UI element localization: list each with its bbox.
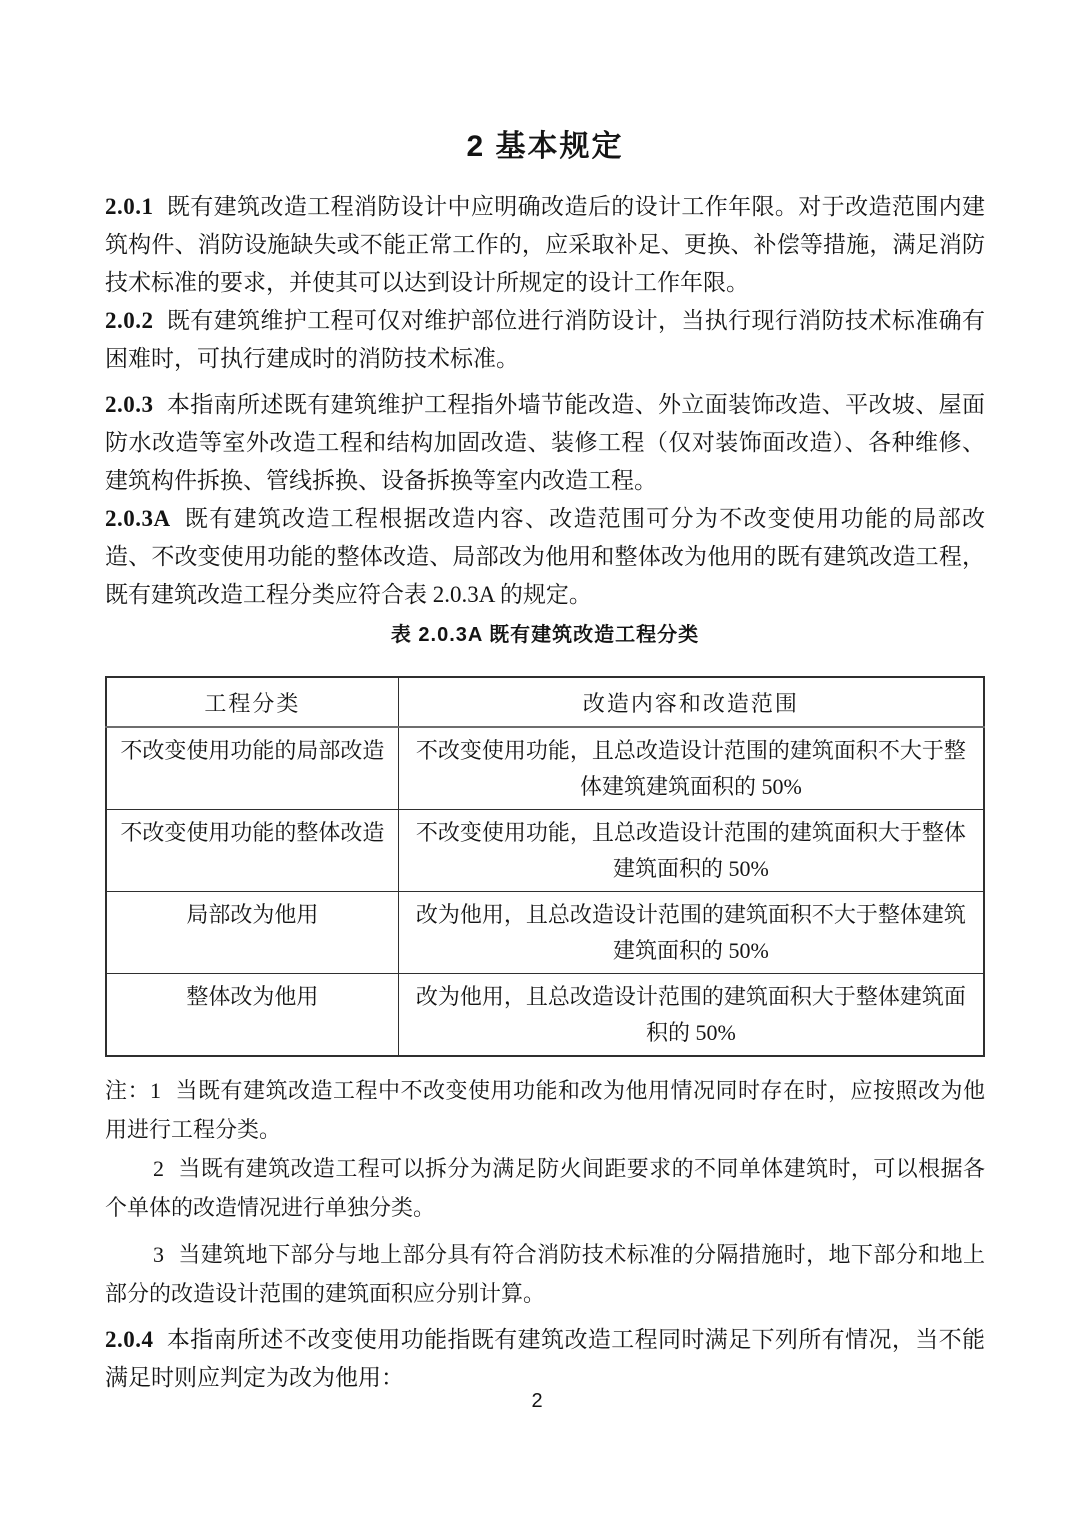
paragraph-text: 既有建筑维护工程可仅对维护部位进行消防设计，当执行现行消防技术标准确有困难时，可… [105, 308, 985, 371]
note-text: 当建筑地下部分与地上部分具有符合消防技术标准的分隔措施时，地下部分和地上部分的改… [105, 1242, 985, 1306]
table-cell-category: 局部改为他用 [106, 892, 398, 974]
table-note-2: 2当既有建筑改造工程可以拆分为满足防火间距要求的不同单体建筑时，可以根据各个单体… [105, 1149, 985, 1227]
paragraph-text: 既有建筑改造工程消防设计中应明确改造后的设计工作年限。对于改造范围内建筑构件、消… [105, 194, 985, 295]
table-row: 整体改为他用 改为他用，且总改造设计范围的建筑面积大于整体建筑面积的 50% [106, 974, 984, 1057]
paragraph-text: 既有建筑改造工程根据改造内容、改造范围可分为不改变使用功能的局部改造、不改变使用… [105, 506, 985, 607]
note-text: 当既有建筑改造工程可以拆分为满足防火间距要求的不同单体建筑时，可以根据各个单体的… [105, 1156, 985, 1220]
table-row: 不改变使用功能的整体改造 不改变使用功能，且总改造设计范围的建筑面积大于整体建筑… [106, 810, 984, 892]
table-row: 不改变使用功能的局部改造 不改变使用功能，且总改造设计范围的建筑面积不大于整体建… [106, 727, 984, 810]
page-number: 2 [0, 1388, 1074, 1414]
paragraph-number: 2.0.1 [105, 194, 154, 219]
note-number: 注：1 [105, 1078, 161, 1103]
paragraph-number: 2.0.3A [105, 506, 171, 531]
paragraph-text: 本指南所述既有建筑维护工程指外墙节能改造、外立面装饰改造、平改坡、屋面防水改造等… [105, 392, 985, 493]
table-note-1: 注：1当既有建筑改造工程中不改变使用功能和改为他用情况同时存在时，应按照改为他用… [105, 1071, 985, 1149]
table-header-scope: 改造内容和改造范围 [398, 677, 984, 727]
table-header-row: 工程分类 改造内容和改造范围 [106, 677, 984, 727]
table-note-3: 3当建筑地下部分与地上部分具有符合消防技术标准的分隔措施时，地下部分和地上部分的… [105, 1235, 985, 1313]
paragraph-number: 2.0.3 [105, 392, 154, 417]
table-cell-scope: 不改变使用功能，且总改造设计范围的建筑面积大于整体建筑面积的 50% [398, 810, 984, 892]
table-cell-scope: 改为他用，且总改造设计范围的建筑面积大于整体建筑面积的 50% [398, 974, 984, 1057]
paragraph-text: 本指南所述不改变使用功能指既有建筑改造工程同时满足下列所有情况，当不能满足时则应… [105, 1327, 985, 1390]
note-number: 3 [153, 1242, 164, 1267]
table-row: 局部改为他用 改为他用，且总改造设计范围的建筑面积不大于整体建筑建筑面积的 50… [106, 892, 984, 974]
page-title: 2 基本规定 [105, 128, 985, 166]
paragraph-number: 2.0.2 [105, 308, 154, 333]
note-number: 2 [153, 1156, 164, 1181]
note-text: 当既有建筑改造工程中不改变使用功能和改为他用情况同时存在时，应按照改为他用进行工… [105, 1078, 985, 1142]
table-cell-category: 整体改为他用 [106, 974, 398, 1057]
table-cell-category: 不改变使用功能的局部改造 [106, 727, 398, 810]
paragraph-2-0-3: 2.0.3本指南所述既有建筑维护工程指外墙节能改造、外立面装饰改造、平改坡、屋面… [105, 386, 985, 500]
paragraph-2-0-1: 2.0.1既有建筑改造工程消防设计中应明确改造后的设计工作年限。对于改造范围内建… [105, 188, 985, 302]
table-cell-scope: 不改变使用功能，且总改造设计范围的建筑面积不大于整体建筑建筑面积的 50% [398, 727, 984, 810]
document-page: 2 基本规定 2.0.1既有建筑改造工程消防设计中应明确改造后的设计工作年限。对… [0, 0, 1074, 1517]
table-caption: 表 2.0.3A 既有建筑改造工程分类 [105, 620, 985, 650]
paragraph-2-0-4: 2.0.4本指南所述不改变使用功能指既有建筑改造工程同时满足下列所有情况，当不能… [105, 1321, 985, 1397]
table-cell-scope: 改为他用，且总改造设计范围的建筑面积不大于整体建筑建筑面积的 50% [398, 892, 984, 974]
classification-table: 工程分类 改造内容和改造范围 不改变使用功能的局部改造 不改变使用功能，且总改造… [105, 676, 985, 1057]
paragraph-number: 2.0.4 [105, 1327, 154, 1352]
paragraph-2-0-2: 2.0.2既有建筑维护工程可仅对维护部位进行消防设计，当执行现行消防技术标准确有… [105, 302, 985, 378]
table-header-project-category: 工程分类 [106, 677, 398, 727]
table-cell-category: 不改变使用功能的整体改造 [106, 810, 398, 892]
paragraph-2-0-3a: 2.0.3A既有建筑改造工程根据改造内容、改造范围可分为不改变使用功能的局部改造… [105, 500, 985, 614]
